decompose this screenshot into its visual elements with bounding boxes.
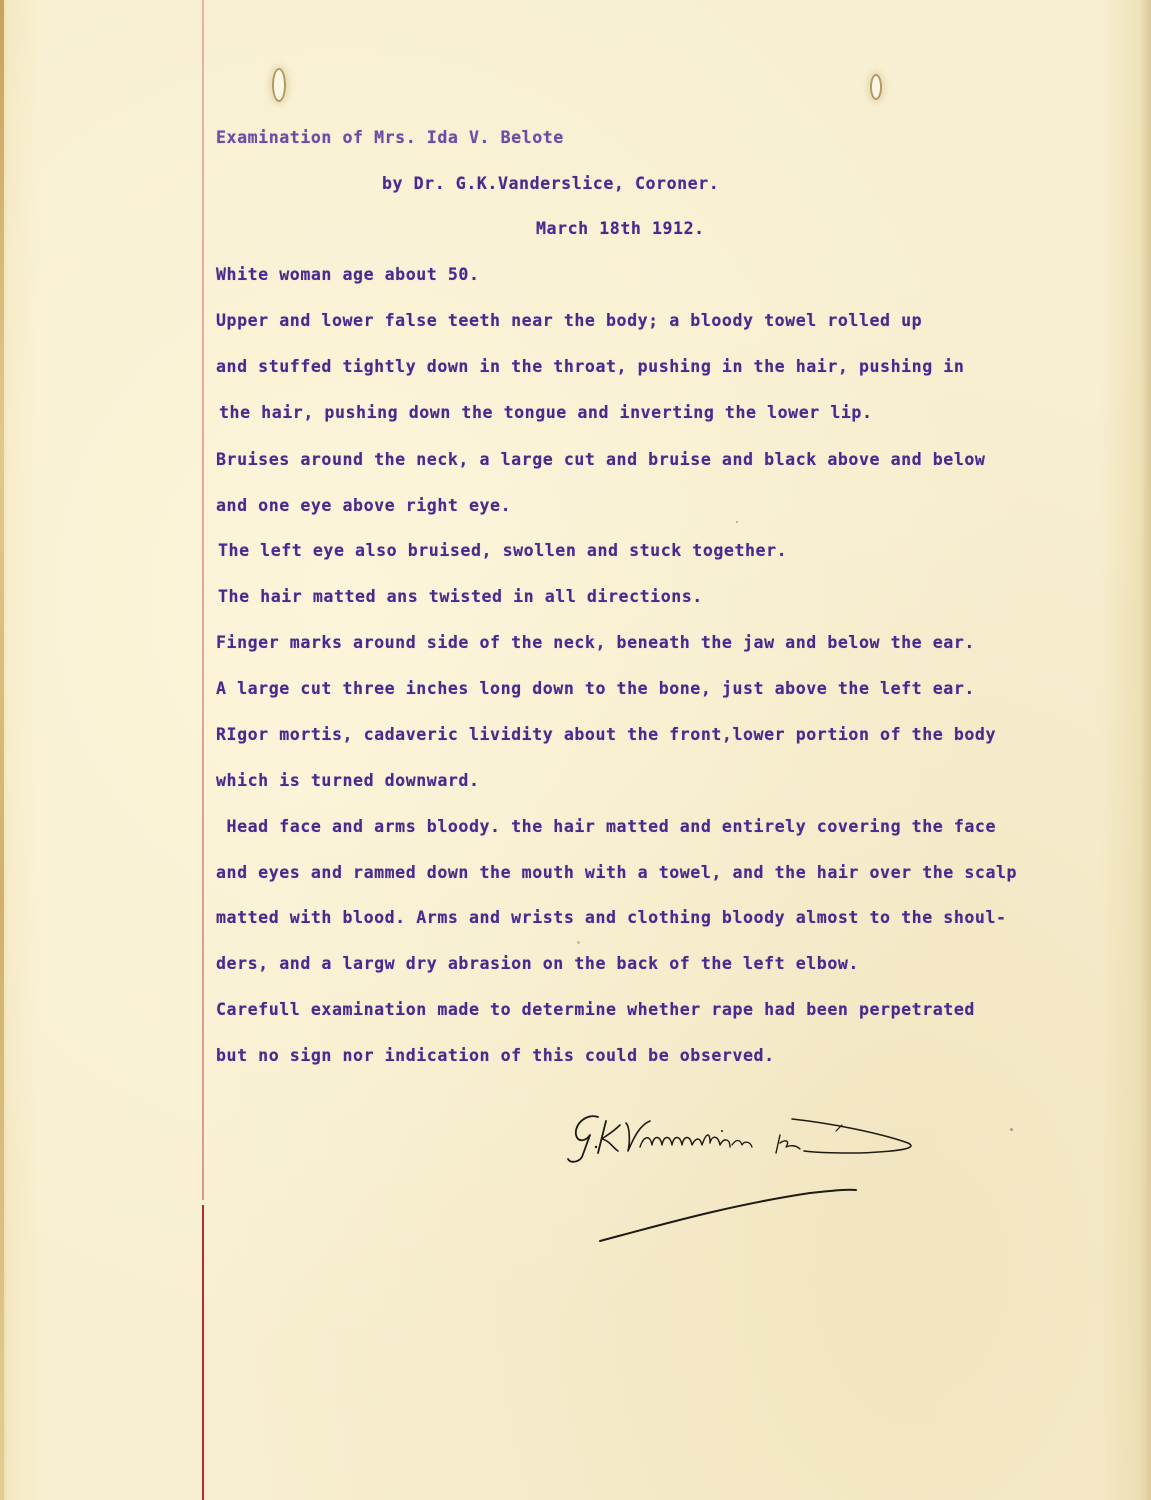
text-line: A large cut three inches long down to th…	[216, 679, 975, 699]
punch-hole-right	[870, 74, 882, 100]
text-line: and stuffed tightly down in the throat, …	[216, 357, 964, 377]
text-line: and eyes and rammed down the mouth with …	[216, 863, 1017, 883]
text-line: matted with blood. Arms and wrists and c…	[216, 908, 1007, 928]
text-line: RIgor mortis, cadaveric lividity about t…	[216, 725, 996, 745]
handwritten-signature: G.K.Vanderslice	[560, 1095, 980, 1255]
text-line: Finger marks around side of the neck, be…	[216, 633, 975, 653]
document-title: Examination of Mrs. Ida V. Belote	[216, 128, 564, 148]
text-line: the hair, pushing down the tongue and in…	[219, 403, 873, 423]
text-line: and one eye above right eye.	[216, 496, 511, 516]
margin-rule-upper	[202, 0, 204, 1200]
punch-hole-left	[272, 68, 286, 102]
text-line: Head face and arms bloody. the hair matt…	[216, 817, 996, 837]
text-line: White woman age about 50.	[216, 265, 480, 285]
text-line: Upper and lower false teeth near the bod…	[216, 311, 922, 331]
text-line: ders, and a largw dry abrasion on the ba…	[216, 954, 859, 974]
text-line: Bruises around the neck, a large cut and…	[216, 450, 985, 470]
text-line: but no sign nor indication of this could…	[216, 1046, 775, 1066]
text-line: which is turned downward.	[216, 771, 480, 791]
text-line: The left eye also bruised, swollen and s…	[218, 541, 787, 561]
text-line: Carefull examination made to determine w…	[216, 1000, 975, 1020]
margin-rule-lower	[202, 1205, 204, 1500]
document-date: March 18th 1912.	[536, 219, 705, 239]
text-line: The hair matted ans twisted in all direc…	[218, 587, 703, 607]
paper-left-edge	[0, 0, 4, 1500]
document-byline: by Dr. G.K.Vanderslice, Coroner.	[382, 174, 719, 194]
